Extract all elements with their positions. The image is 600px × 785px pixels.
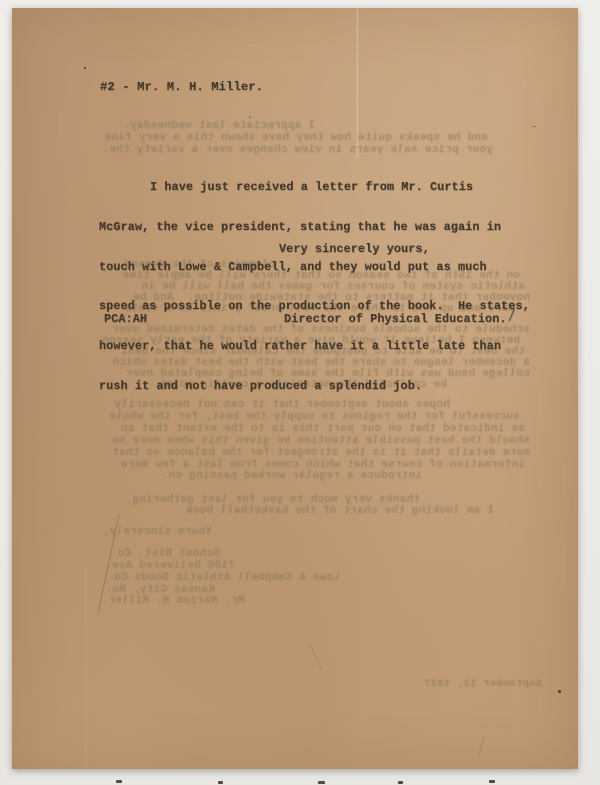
- bleedthrough-line: more details that it is the strongest fo…: [100, 447, 530, 459]
- body-line: however, that he would rather have it a …: [99, 341, 544, 353]
- body-line: I have just received a letter from Mr. C…: [99, 182, 544, 194]
- bleedthrough-line: Lowe & Campbell Athletic Goods Co.: [100, 572, 340, 584]
- letter-paper: I appreciate last wednesday.and he speak…: [12, 8, 578, 769]
- body-line: McGraw, the vice president, stating that…: [99, 222, 544, 234]
- bleedthrough-line: introduce a regular worked passing on.: [162, 470, 422, 482]
- bleedthrough-line: September 13, 1937.: [414, 678, 542, 690]
- scan-edge-artifact: [318, 781, 325, 784]
- closing-salutation: Very sincerely yours,: [279, 242, 430, 256]
- scan-edge-artifact: [116, 780, 122, 783]
- bleedthrough-line: School Dist. Co.: [100, 548, 220, 560]
- page-header: #2 - Mr. M. H. Miller.: [100, 80, 263, 94]
- bleedthrough-line: as indicated that on our part this is to…: [100, 423, 525, 435]
- bleedthrough-line: Mr. Marion H. Miller.: [100, 595, 245, 607]
- scan-edge-artifact: [489, 780, 495, 783]
- signature-title: Director of Physical Education.: [284, 312, 507, 326]
- bleedthrough-line: I appreciate last wednesday.: [105, 120, 315, 132]
- scanned-letter-page: I appreciate last wednesday.and he speak…: [0, 0, 600, 785]
- scan-edge-artifact: [398, 781, 403, 784]
- bleedthrough-line: and he speaks quite how they have shown …: [98, 132, 488, 144]
- body-line: rush it and not have produced a splendid…: [99, 381, 544, 393]
- scan-edge-artifact: [218, 781, 223, 784]
- bleedthrough-line: Yours sincerely,: [100, 526, 212, 538]
- body-line: touch with Lowe & Campbell, and they wou…: [99, 262, 544, 274]
- bleedthrough-line: 7100 Delivered Ave.: [100, 560, 235, 572]
- bleedthrough-line: I am looking the chart of the basketball…: [159, 505, 494, 517]
- letter-body: I have just received a letter from Mr. C…: [99, 154, 544, 421]
- reference-initials: PCA:AH: [104, 312, 147, 326]
- bleedthrough-line: should the best possible attention be gi…: [100, 435, 530, 447]
